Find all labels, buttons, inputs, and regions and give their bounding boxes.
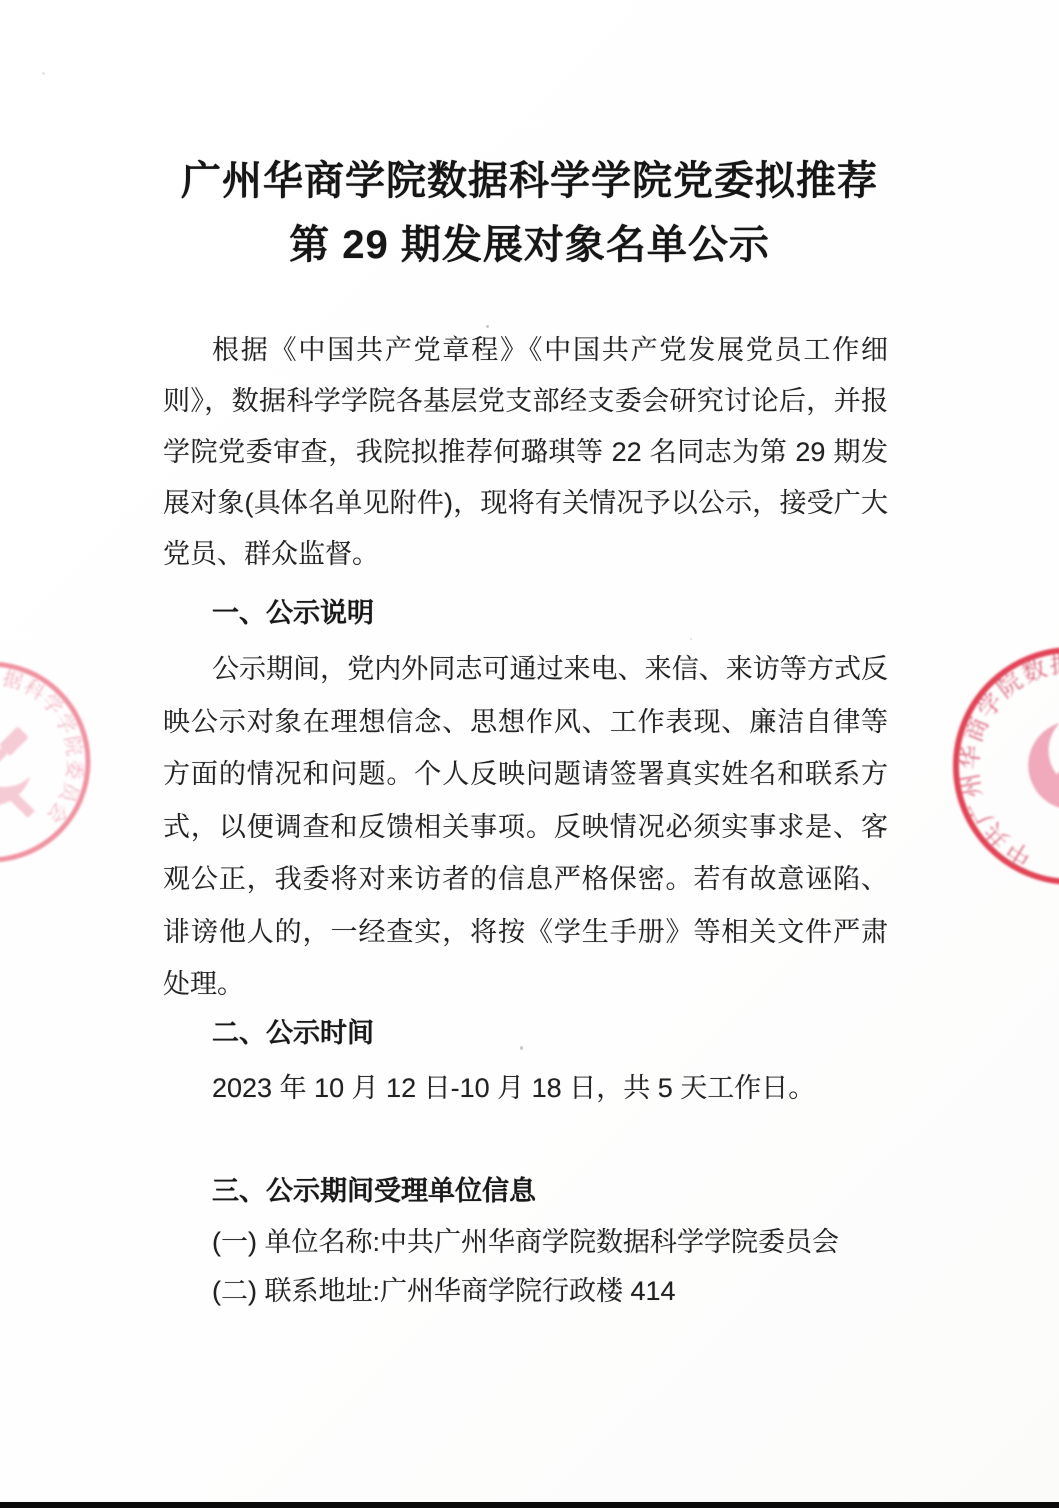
scan-speck <box>690 638 692 640</box>
seal-text: 中共广州华商学院数据科学学院委员会 <box>0 666 87 829</box>
section3-heading: 三、公示期间受理单位信息 <box>163 1171 888 1211</box>
section3-item-unit-name: (一) 单位名称:中共广州华商学院数据科学学院委员会 <box>163 1222 888 1262</box>
official-seal-right: 中共广州华商学院数据科学学院委员会 <box>932 626 1059 906</box>
seal-ring <box>956 650 1059 882</box>
scanner-edge-bar <box>0 1502 1059 1508</box>
scan-speck <box>42 72 45 75</box>
section1-heading: 一、公示说明 <box>163 593 888 633</box>
hammer-and-sickle-icon <box>0 725 35 818</box>
section2-date-line: 2023 年 10 月 12 日-10 月 18 日，共 5 天工作日。 <box>163 1068 888 1108</box>
intro-paragraph: 根据《中国共产党章程》《中国共产党发展党员工作细则》，数据科学学院各基层党支部经… <box>163 325 888 580</box>
seal-ring <box>0 664 88 860</box>
doc-title-line2: 第 29 期发展对象名单公示 <box>0 222 1059 268</box>
hammer-and-sickle-icon <box>1028 723 1059 823</box>
seal-text: 中共广州华商学院数据科学学院委员会 <box>956 650 1059 870</box>
section2-heading: 二、公示时间 <box>163 1013 888 1053</box>
scan-speck <box>486 325 489 328</box>
official-seal-left: 中共广州华商学院数据科学学院委员会 <box>0 632 120 892</box>
section1-paragraph: 公示期间，党内外同志可通过来电、来信、来访等方式反映公示对象在理想信念、思想作风… <box>163 643 888 1011</box>
section3-item-address: (二) 联系地址:广州华商学院行政楼 414 <box>163 1271 888 1311</box>
scan-speck <box>520 1046 523 1050</box>
doc-title-line1: 广州华商学院数据科学学院党委拟推荐 <box>0 158 1059 204</box>
scanned-notice-page: 广州华商学院数据科学学院党委拟推荐 第 29 期发展对象名单公示 根据《中国共产… <box>0 0 1059 1508</box>
